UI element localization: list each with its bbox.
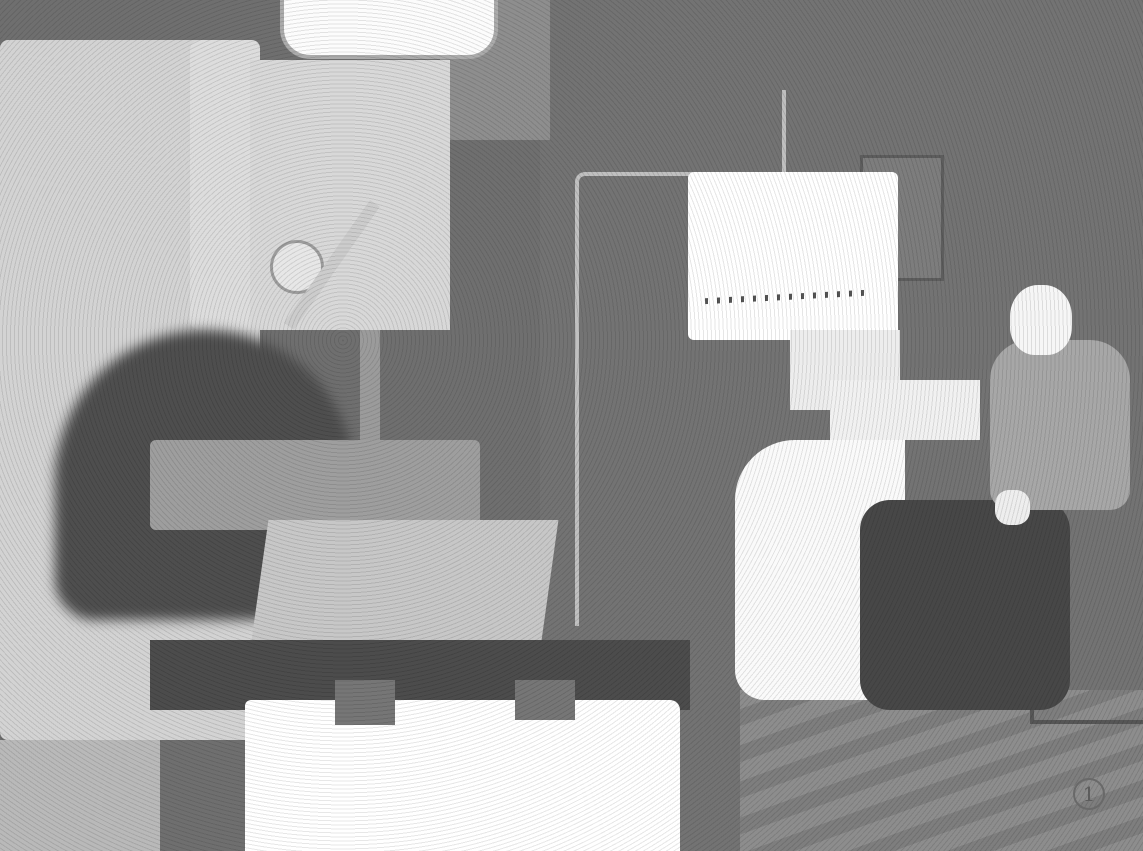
film-grain <box>0 0 1143 851</box>
figure-number-marker: 1 <box>1073 778 1105 810</box>
photograph: 1 <box>0 0 1143 851</box>
